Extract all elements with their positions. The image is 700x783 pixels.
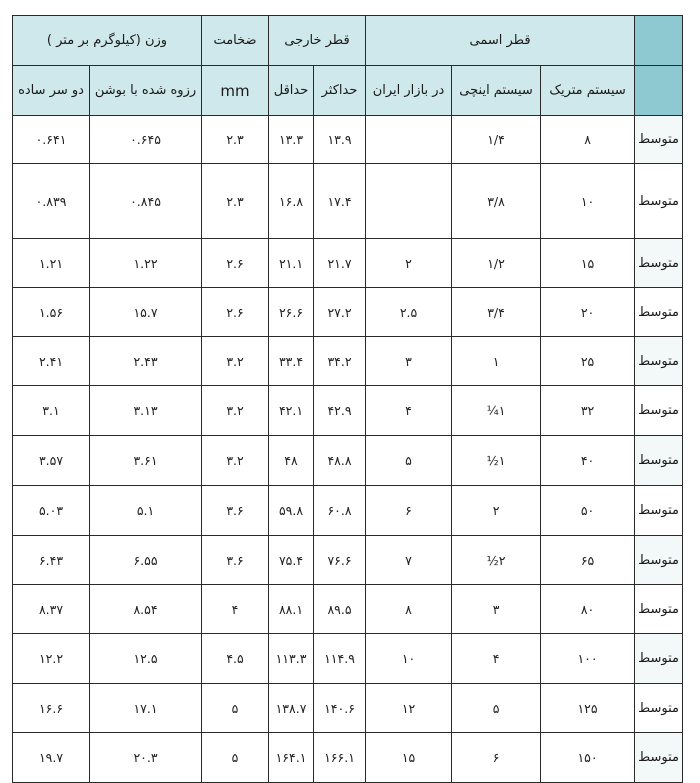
metric-size-cell: ۱۵۰ bbox=[541, 733, 635, 783]
table-row: متوسط ۱۰ ۳/۸ ۱۷.۴ ۱۶.۸ ۲.۳ ۰.۸۴۵ ۰.۸۳۹ bbox=[13, 164, 683, 239]
iran-market-cell: ۱۵ bbox=[366, 733, 452, 783]
outer-max-cell: ۱۶۶.۱ bbox=[314, 733, 366, 783]
outer-min-cell: ۱۶۴.۱ bbox=[269, 733, 314, 783]
metric-size-cell: ۱۰۰ bbox=[541, 634, 635, 684]
metric-size-cell: ۲۵ bbox=[541, 337, 635, 386]
outer-max-cell: ۱۱۴.۹ bbox=[314, 634, 366, 684]
weight-plain-cell: ۱۲.۲ bbox=[13, 634, 90, 684]
inch-size-cell: ۶ bbox=[452, 733, 541, 783]
weight-threaded-cell: ۲.۴۳ bbox=[90, 337, 202, 386]
weight-threaded-cell: ۶.۵۵ bbox=[90, 536, 202, 585]
thickness-cell: ۲.۶ bbox=[202, 288, 269, 337]
header-corner-cell bbox=[635, 16, 683, 66]
thickness-cell: ۴ bbox=[202, 585, 269, 634]
inch-size-cell: ۳ bbox=[452, 585, 541, 634]
metric-size-cell: ۸ bbox=[541, 116, 635, 164]
grade-cell: متوسط bbox=[635, 337, 683, 386]
weight-threaded-cell: ۸.۵۴ bbox=[90, 585, 202, 634]
inch-size-cell: ۱ bbox=[452, 337, 541, 386]
header-threaded-with-socket: رزوه شده با بوشن bbox=[90, 66, 202, 116]
inch-size-cell: ۴ bbox=[452, 634, 541, 684]
header-corner-cell-2 bbox=[635, 66, 683, 116]
weight-plain-cell: ۱.۲۱ bbox=[13, 239, 90, 288]
thickness-cell: ۳.۲ bbox=[202, 436, 269, 486]
metric-size-cell: ۶۵ bbox=[541, 536, 635, 585]
weight-plain-cell: ۸.۳۷ bbox=[13, 585, 90, 634]
weight-plain-cell: ۰.۸۳۹ bbox=[13, 164, 90, 239]
thickness-cell: ۲.۳ bbox=[202, 116, 269, 164]
inch-size-cell: ۳/۸ bbox=[452, 164, 541, 239]
weight-plain-cell: ۵.۰۳ bbox=[13, 486, 90, 536]
header-outer-diameter: قطر خارجی bbox=[269, 16, 366, 66]
weight-plain-cell: ۳.۱ bbox=[13, 386, 90, 436]
inch-size-cell: ۵ bbox=[452, 684, 541, 733]
outer-min-cell: ۷۵.۴ bbox=[269, 536, 314, 585]
weight-threaded-cell: ۱۲.۵ bbox=[90, 634, 202, 684]
thickness-cell: ۵ bbox=[202, 733, 269, 783]
weight-threaded-cell: ۰.۸۴۵ bbox=[90, 164, 202, 239]
metric-size-cell: ۳۲ bbox=[541, 386, 635, 436]
thickness-cell: ۴.۵ bbox=[202, 634, 269, 684]
inch-size-cell: ۱/۲ bbox=[452, 239, 541, 288]
table-row: متوسط ۵۰ ۲ ۶ ۶۰.۸ ۵۹.۸ ۳.۶ ۵.۱ ۵.۰۳ bbox=[13, 486, 683, 536]
header-metric-system: سیستم متریک bbox=[541, 66, 635, 116]
iran-market-cell bbox=[366, 116, 452, 164]
outer-max-cell: ۶۰.۸ bbox=[314, 486, 366, 536]
thickness-cell: ۳.۲ bbox=[202, 386, 269, 436]
inch-size-cell: ۱¼ bbox=[452, 386, 541, 436]
outer-max-cell: ۸۹.۵ bbox=[314, 585, 366, 634]
thickness-cell: ۳.۶ bbox=[202, 536, 269, 585]
iran-market-cell: ۵ bbox=[366, 436, 452, 486]
grade-cell: متوسط bbox=[635, 239, 683, 288]
grade-cell: متوسط bbox=[635, 536, 683, 585]
thickness-cell: ۳.۲ bbox=[202, 337, 269, 386]
iran-market-cell: ۱۰ bbox=[366, 634, 452, 684]
thickness-cell: ۵ bbox=[202, 684, 269, 733]
header-min: حداقل bbox=[269, 66, 314, 116]
weight-threaded-cell: ۳.۶۱ bbox=[90, 436, 202, 486]
outer-max-cell: ۴۲.۹ bbox=[314, 386, 366, 436]
weight-plain-cell: ۱۹.۷ bbox=[13, 733, 90, 783]
grade-cell: متوسط bbox=[635, 436, 683, 486]
weight-plain-cell: ۲.۴۱ bbox=[13, 337, 90, 386]
iran-market-cell: ۷ bbox=[366, 536, 452, 585]
weight-plain-cell: ۱.۵۶ bbox=[13, 288, 90, 337]
outer-min-cell: ۱۳۸.۷ bbox=[269, 684, 314, 733]
metric-size-cell: ۲۰ bbox=[541, 288, 635, 337]
grade-cell: متوسط bbox=[635, 486, 683, 536]
outer-min-cell: ۳۳.۴ bbox=[269, 337, 314, 386]
outer-max-cell: ۳۴.۲ bbox=[314, 337, 366, 386]
metric-size-cell: ۴۰ bbox=[541, 436, 635, 486]
metric-size-cell: ۱۰ bbox=[541, 164, 635, 239]
table-row: متوسط ۱۵ ۱/۲ ۲ ۲۱.۷ ۲۱.۱ ۲.۶ ۱.۲۲ ۱.۲۱ bbox=[13, 239, 683, 288]
weight-plain-cell: ۱۶.۶ bbox=[13, 684, 90, 733]
table-row: متوسط ۲۵ ۱ ۳ ۳۴.۲ ۳۳.۴ ۳.۲ ۲.۴۳ ۲.۴۱ bbox=[13, 337, 683, 386]
grade-cell: متوسط bbox=[635, 164, 683, 239]
iran-market-cell: ۲ bbox=[366, 239, 452, 288]
outer-min-cell: ۱۶.۸ bbox=[269, 164, 314, 239]
header-max: حداکثر bbox=[314, 66, 366, 116]
iran-market-cell: ۱۲ bbox=[366, 684, 452, 733]
weight-plain-cell: ۰.۶۴۱ bbox=[13, 116, 90, 164]
weight-threaded-cell: ۱۷.۱ bbox=[90, 684, 202, 733]
header-nominal-diameter: قطر اسمی bbox=[366, 16, 635, 66]
header-row-2: سیستم متریک سیستم اینچی در بازار ایران ح… bbox=[13, 66, 683, 116]
table-row: متوسط ۱۲۵ ۵ ۱۲ ۱۴۰.۶ ۱۳۸.۷ ۵ ۱۷.۱ ۱۶.۶ bbox=[13, 684, 683, 733]
inch-size-cell: ۲½ bbox=[452, 536, 541, 585]
grade-cell: متوسط bbox=[635, 634, 683, 684]
outer-min-cell: ۵۹.۸ bbox=[269, 486, 314, 536]
metric-size-cell: ۸۰ bbox=[541, 585, 635, 634]
outer-max-cell: ۱۳.۹ bbox=[314, 116, 366, 164]
thickness-cell: ۲.۶ bbox=[202, 239, 269, 288]
metric-size-cell: ۱۲۵ bbox=[541, 684, 635, 733]
grade-cell: متوسط bbox=[635, 116, 683, 164]
table-row: متوسط ۸۰ ۳ ۸ ۸۹.۵ ۸۸.۱ ۴ ۸.۵۴ ۸.۳۷ bbox=[13, 585, 683, 634]
grade-cell: متوسط bbox=[635, 733, 683, 783]
outer-max-cell: ۱۴۰.۶ bbox=[314, 684, 366, 733]
iran-market-cell bbox=[366, 164, 452, 239]
grade-cell: متوسط bbox=[635, 386, 683, 436]
weight-threaded-cell: ۳.۱۳ bbox=[90, 386, 202, 436]
inch-size-cell: ۱½ bbox=[452, 436, 541, 486]
inch-size-cell: ۱/۴ bbox=[452, 116, 541, 164]
weight-plain-cell: ۶.۴۳ bbox=[13, 536, 90, 585]
weight-threaded-cell: ۱۵.۷ bbox=[90, 288, 202, 337]
table-row: متوسط ۱۰۰ ۴ ۱۰ ۱۱۴.۹ ۱۱۳.۳ ۴.۵ ۱۲.۵ ۱۲.۲ bbox=[13, 634, 683, 684]
metric-size-cell: ۱۵ bbox=[541, 239, 635, 288]
outer-max-cell: ۲۱.۷ bbox=[314, 239, 366, 288]
header-row-1: قطر اسمی قطر خارجی ضخامت وزن (کیلوگرم بر… bbox=[13, 16, 683, 66]
metric-size-cell: ۵۰ bbox=[541, 486, 635, 536]
outer-min-cell: ۸۸.۱ bbox=[269, 585, 314, 634]
header-inch-system: سیستم اینچی bbox=[452, 66, 541, 116]
grade-cell: متوسط bbox=[635, 585, 683, 634]
weight-threaded-cell: ۰.۶۴۵ bbox=[90, 116, 202, 164]
table-row: متوسط ۱۵۰ ۶ ۱۵ ۱۶۶.۱ ۱۶۴.۱ ۵ ۲۰.۳ ۱۹.۷ bbox=[13, 733, 683, 783]
outer-min-cell: ۲۶.۶ bbox=[269, 288, 314, 337]
outer-min-cell: ۴۲.۱ bbox=[269, 386, 314, 436]
grade-cell: متوسط bbox=[635, 684, 683, 733]
iran-market-cell: ۸ bbox=[366, 585, 452, 634]
iran-market-cell: ۶ bbox=[366, 486, 452, 536]
iran-market-cell: ۴ bbox=[366, 386, 452, 436]
pipe-spec-table: قطر اسمی قطر خارجی ضخامت وزن (کیلوگرم بر… bbox=[12, 15, 683, 783]
table-row: متوسط ۸ ۱/۴ ۱۳.۹ ۱۳.۳ ۲.۳ ۰.۶۴۵ ۰.۶۴۱ bbox=[13, 116, 683, 164]
header-thickness-unit: mm bbox=[202, 66, 269, 116]
table-row: متوسط ۲۰ ۳/۴ ۲.۵ ۲۷.۲ ۲۶.۶ ۲.۶ ۱۵.۷ ۱.۵۶ bbox=[13, 288, 683, 337]
pipe-spec-sheet: قطر اسمی قطر خارجی ضخامت وزن (کیلوگرم بر… bbox=[12, 15, 682, 783]
inch-size-cell: ۲ bbox=[452, 486, 541, 536]
outer-max-cell: ۲۷.۲ bbox=[314, 288, 366, 337]
thickness-cell: ۲.۳ bbox=[202, 164, 269, 239]
outer-max-cell: ۷۶.۶ bbox=[314, 536, 366, 585]
outer-max-cell: ۴۸.۸ bbox=[314, 436, 366, 486]
weight-threaded-cell: ۵.۱ bbox=[90, 486, 202, 536]
table-row: متوسط ۶۵ ۲½ ۷ ۷۶.۶ ۷۵.۴ ۳.۶ ۶.۵۵ ۶.۴۳ bbox=[13, 536, 683, 585]
iran-market-cell: ۲.۵ bbox=[366, 288, 452, 337]
table-row: متوسط ۳۲ ۱¼ ۴ ۴۲.۹ ۴۲.۱ ۳.۲ ۳.۱۳ ۳.۱ bbox=[13, 386, 683, 436]
header-plain-ends: دو سر ساده bbox=[13, 66, 90, 116]
weight-threaded-cell: ۱.۲۲ bbox=[90, 239, 202, 288]
outer-min-cell: ۲۱.۱ bbox=[269, 239, 314, 288]
inch-size-cell: ۳/۴ bbox=[452, 288, 541, 337]
header-iran-market: در بازار ایران bbox=[366, 66, 452, 116]
grade-cell: متوسط bbox=[635, 288, 683, 337]
outer-min-cell: ۴۸ bbox=[269, 436, 314, 486]
outer-max-cell: ۱۷.۴ bbox=[314, 164, 366, 239]
outer-min-cell: ۱۱۳.۳ bbox=[269, 634, 314, 684]
weight-threaded-cell: ۲۰.۳ bbox=[90, 733, 202, 783]
table-row: متوسط ۴۰ ۱½ ۵ ۴۸.۸ ۴۸ ۳.۲ ۳.۶۱ ۳.۵۷ bbox=[13, 436, 683, 486]
weight-plain-cell: ۳.۵۷ bbox=[13, 436, 90, 486]
iran-market-cell: ۳ bbox=[366, 337, 452, 386]
thickness-cell: ۳.۶ bbox=[202, 486, 269, 536]
header-thickness: ضخامت bbox=[202, 16, 269, 66]
header-weight: وزن (کیلوگرم بر متر ) bbox=[13, 16, 202, 66]
outer-min-cell: ۱۳.۳ bbox=[269, 116, 314, 164]
